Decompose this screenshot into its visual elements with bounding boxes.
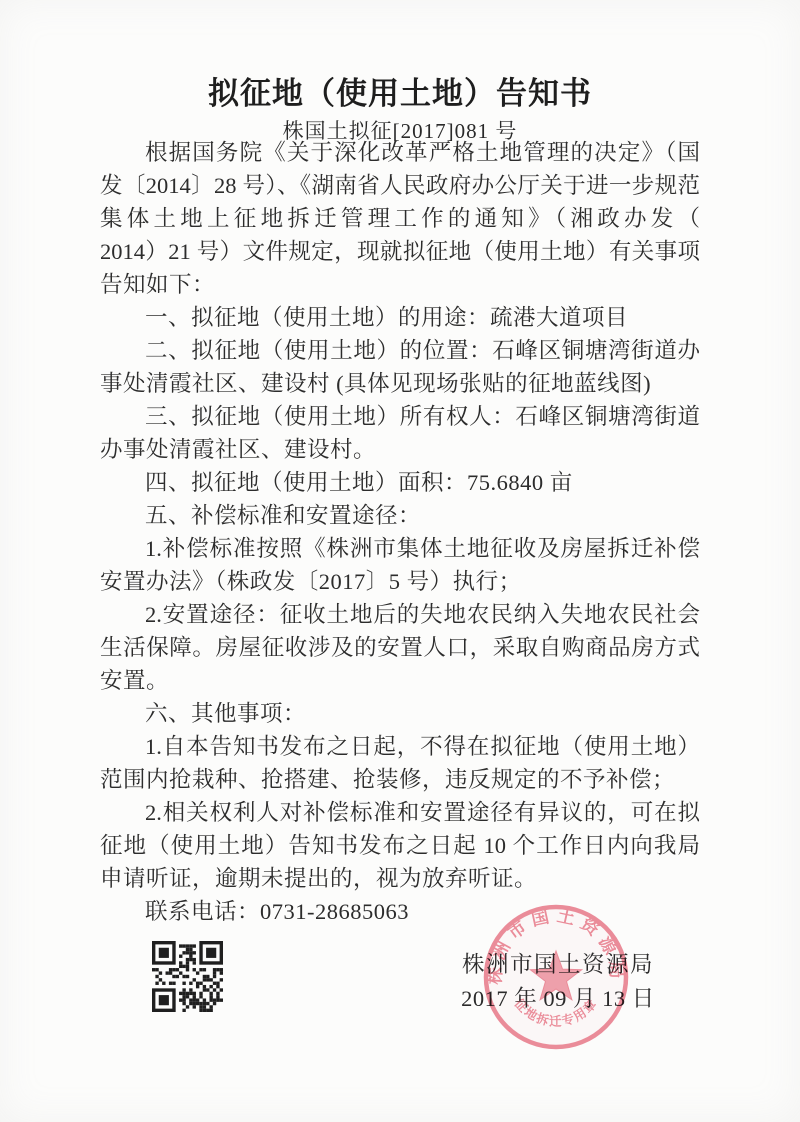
body-line: 范围内抢栽种、抢搭建、抢装修，违反规定的不予补偿； <box>100 763 700 796</box>
body-line: 1.补偿标准按照《株洲市集体土地征收及房屋拆迁补偿 <box>100 532 700 565</box>
body-line: 发〔2014〕28 号）、《湖南省人民政府办公厅关于进一步规范 <box>100 169 700 202</box>
body-line: 生活保障。房屋征收涉及的安置人口，采取自购商品房方式 <box>100 631 700 664</box>
body-line: 征地（使用土地）告知书发布之日起 10 个工作日内向我局 <box>100 829 700 862</box>
body-line: 事处清霞社区、建设村 (具体见现场张贴的征地蓝线图) <box>100 367 700 400</box>
signature-agency: 株洲市国土资源局 <box>428 948 688 982</box>
signature-date: 2017 年 09 月 13 日 <box>428 982 688 1016</box>
body-line: 安置办法》（株政发〔2017〕5 号）执行； <box>100 565 700 598</box>
body-line: 三、拟征地（使用土地）所有权人：石峰区铜塘湾街道 <box>100 400 700 433</box>
qr-code-modules <box>152 941 223 1012</box>
body-line: 办事处清霞社区、建设村。 <box>100 433 700 466</box>
body-line: 根据国务院《关于深化改革严格土地管理的决定》（国 <box>100 136 700 169</box>
body-line: 六、其他事项： <box>100 697 700 730</box>
document-page: 拟征地（使用土地）告知书 株国土拟征[2017]081 号 根据国务院《关于深化… <box>0 0 800 1122</box>
body-line: 联系电话：0731-28685063 <box>100 895 700 928</box>
body-line: 告知如下： <box>100 268 700 301</box>
body-line: 申请听证，逾期未提出的，视为放弃听证。 <box>100 862 700 895</box>
body-line: 四、拟征地（使用土地）面积：75.6840 亩 <box>100 466 700 499</box>
body-line: 安置。 <box>100 664 700 697</box>
signature-block: 株洲市国土资源局 2017 年 09 月 13 日 <box>428 948 688 1016</box>
document-title: 拟征地（使用土地）告知书 <box>0 68 800 113</box>
document-body: 根据国务院《关于深化改革严格土地管理的决定》（国发〔2014〕28 号）、《湖南… <box>100 136 700 928</box>
body-line: 集体土地上征地拆迁管理工作的通知》（湘政办发（ <box>100 202 700 235</box>
body-line: 2014）21 号）文件规定，现就拟征地（使用土地）有关事项 <box>100 235 700 268</box>
body-line: 二、拟征地（使用土地）的位置：石峰区铜塘湾街道办 <box>100 334 700 367</box>
body-line: 一、拟征地（使用土地）的用途：疏港大道项目 <box>100 301 700 334</box>
body-line: 2.相关权利人对补偿标准和安置途径有异议的，可在拟 <box>100 796 700 829</box>
body-line: 1.自本告知书发布之日起，不得在拟征地（使用土地） <box>100 730 700 763</box>
body-line: 2.安置途径：征收土地后的失地农民纳入失地农民社会 <box>100 598 700 631</box>
body-line: 五、补偿标准和安置途径： <box>100 499 700 532</box>
qr-code-icon <box>152 941 223 1012</box>
